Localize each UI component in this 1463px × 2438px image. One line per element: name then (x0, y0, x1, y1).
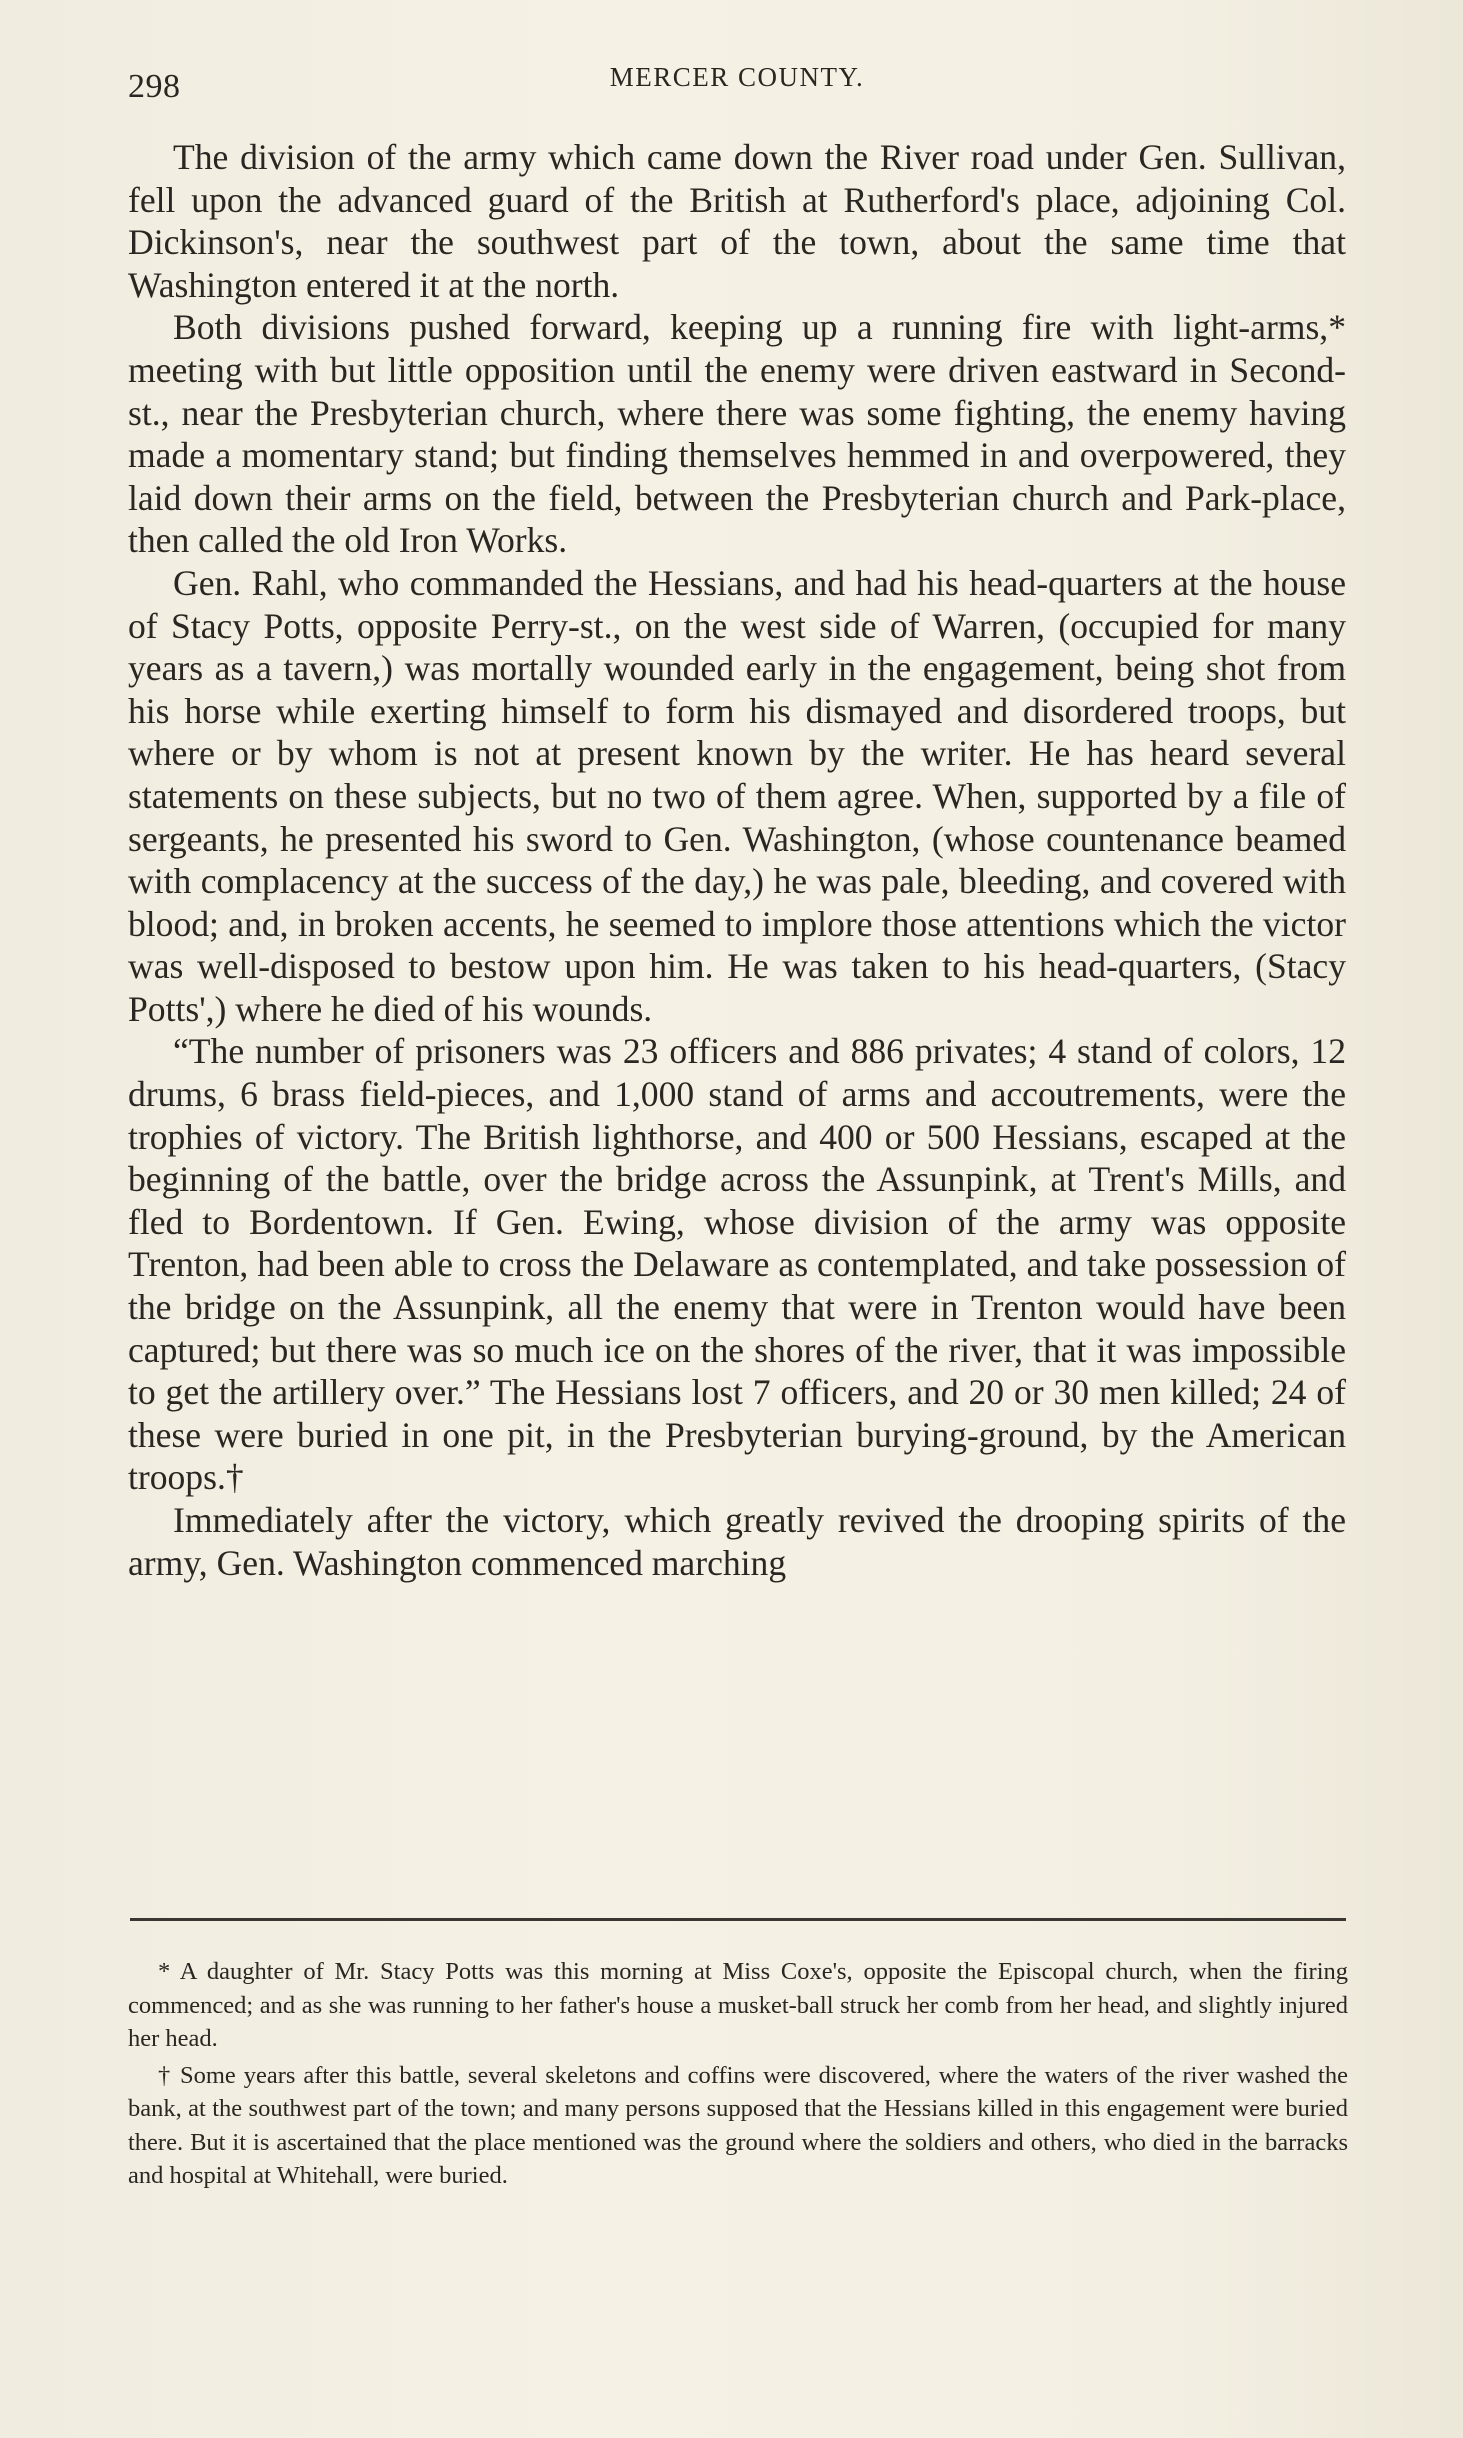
running-head: MERCER COUNTY. (128, 62, 1346, 93)
footnote-divider (130, 1918, 1346, 1921)
paragraph: “The number of prisoners was 23 officers… (128, 1030, 1346, 1499)
body-text: The division of the army which came down… (128, 136, 1346, 1584)
footnotes: * A daughter of Mr. Stacy Potts was this… (128, 1955, 1348, 2196)
paragraph: Both divisions pushed forward, keeping u… (128, 306, 1346, 562)
footnote-dagger: † Some years after this battle, several … (128, 2059, 1348, 2193)
book-page: 298 MERCER COUNTY. The division of the a… (0, 0, 1463, 2438)
paragraph: Immediately after the victory, which gre… (128, 1499, 1346, 1584)
paragraph: Gen. Rahl, who commanded the Hessians, a… (128, 562, 1346, 1031)
page-header: 298 MERCER COUNTY. (128, 58, 1346, 108)
footnote-asterisk: * A daughter of Mr. Stacy Potts was this… (128, 1955, 1348, 2056)
paragraph: The division of the army which came down… (128, 136, 1346, 306)
